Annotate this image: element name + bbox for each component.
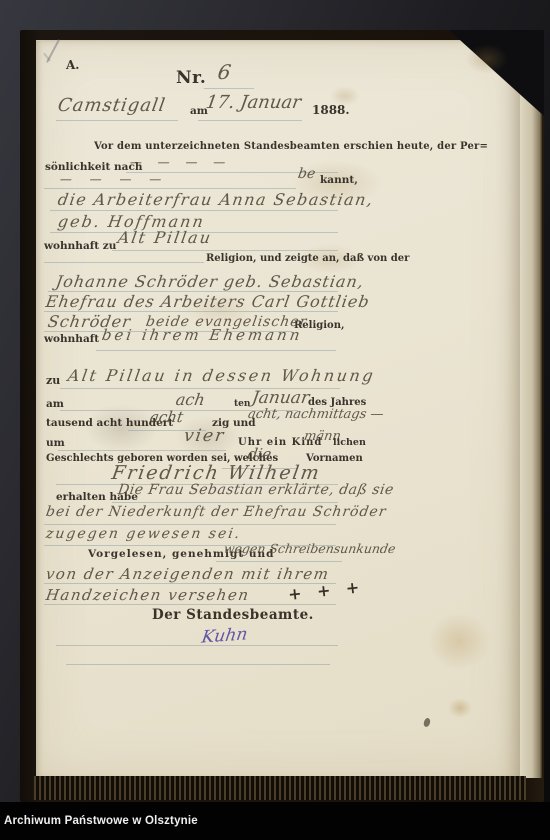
birth-year-handwritten-1: acht bbox=[149, 408, 185, 426]
mother-husband-line: Ehefrau des Arbeiters Carl Gottlieb bbox=[44, 292, 371, 311]
archive-footer-bar: Archiwum Państwowe w Olsztynie bbox=[0, 802, 550, 840]
mother-residence: bei ihrem Ehemann bbox=[101, 326, 304, 344]
birth-time-handwritten: vier bbox=[182, 426, 226, 446]
birthdate-am-label: am bbox=[46, 398, 64, 410]
record-number-label: Nr. bbox=[176, 68, 206, 88]
birth-day-handwritten: ach bbox=[174, 390, 206, 409]
birth-time-label: um bbox=[46, 437, 65, 449]
stain bbox=[428, 612, 490, 670]
closing-statement-2: bei der Niederkunft der Ehefrau Schröder bbox=[45, 504, 388, 520]
document-layer: A. Nr. 6 Camstigall am 17. Januar 1888. … bbox=[0, 0, 550, 840]
mother-name-line: Johanne Schröder geb. Sebastian, bbox=[54, 272, 365, 291]
vorgelesen-handwritten: wegen Schreibensunkunde bbox=[223, 541, 397, 556]
ruled-line bbox=[216, 561, 342, 562]
official-signature: Kuhn bbox=[200, 624, 249, 647]
ruled-line bbox=[44, 188, 296, 189]
handzeichen-line-1: von der Anzeigenden mit ihrem bbox=[45, 565, 331, 583]
standesbeamte-title: Der Standesbeamte. bbox=[152, 607, 314, 623]
ruled-line bbox=[112, 250, 338, 251]
ruled-line bbox=[198, 120, 302, 121]
bekannt-handwritten-prefix: be bbox=[297, 166, 317, 182]
closing-statement-1: Die Frau Sebastian erklärte, daß sie bbox=[117, 482, 395, 498]
year-printed: 1888. bbox=[312, 103, 350, 117]
blank-dashes: — — — — bbox=[59, 172, 170, 186]
ruled-line bbox=[204, 88, 254, 89]
birth-year-handwritten-2: acht, nachmittags — bbox=[247, 407, 385, 422]
child-name-handwritten: Friedrich Wilhelm bbox=[110, 462, 322, 484]
ruled-line bbox=[56, 645, 338, 646]
ink-speck bbox=[423, 717, 432, 728]
intro-line-1: Vor dem unterzeichneten Standesbeamten e… bbox=[94, 141, 488, 152]
closing-statement-3: zugegen gewesen sei. bbox=[45, 526, 243, 542]
corner-letter: A. bbox=[66, 58, 80, 72]
ruled-line bbox=[44, 262, 204, 263]
mother-residence-label: wohnhaft bbox=[44, 333, 99, 345]
archive-watermark-label: Archiwum Państwowe w Olsztynie bbox=[4, 815, 198, 827]
ruled-line bbox=[44, 604, 336, 605]
child-sex-suffix: lichen bbox=[333, 437, 366, 448]
bekannt-printed: kannt, bbox=[320, 174, 358, 186]
ruled-line bbox=[44, 524, 336, 525]
article-handwritten: die bbox=[247, 445, 273, 463]
declarant-residence: Alt Pillau bbox=[116, 228, 213, 247]
residence-label: wohnhaft zu bbox=[44, 240, 116, 252]
stain bbox=[466, 44, 508, 74]
birthplace-label: zu bbox=[46, 374, 60, 387]
birth-month-handwritten: Januar bbox=[250, 388, 310, 408]
registry-place-handwritten: Camstigall bbox=[56, 95, 167, 116]
birthplace-handwritten: Alt Pillau in dessen Wohnung bbox=[66, 366, 376, 385]
blank-dashes: — — — — bbox=[129, 155, 233, 169]
ruled-line bbox=[96, 350, 336, 351]
ruled-line bbox=[56, 120, 178, 121]
ruled-line bbox=[58, 450, 226, 451]
ruled-line bbox=[50, 210, 338, 211]
photo-backdrop: A. Nr. 6 Camstigall am 17. Januar 1888. … bbox=[0, 0, 550, 840]
registry-date-handwritten: 17. Januar bbox=[204, 92, 302, 113]
declarant-name-line: die Arbeiterfrau Anna Sebastian, bbox=[56, 190, 375, 209]
ruled-line bbox=[112, 502, 338, 503]
handzeichen-line-2: Handzeichen versehen bbox=[45, 586, 251, 604]
record-number-value: 6 bbox=[216, 60, 233, 84]
ruled-line bbox=[66, 664, 330, 665]
stain bbox=[448, 698, 472, 718]
religion-anzeige-line: Religion, und zeigte an, daß von der bbox=[206, 253, 409, 264]
